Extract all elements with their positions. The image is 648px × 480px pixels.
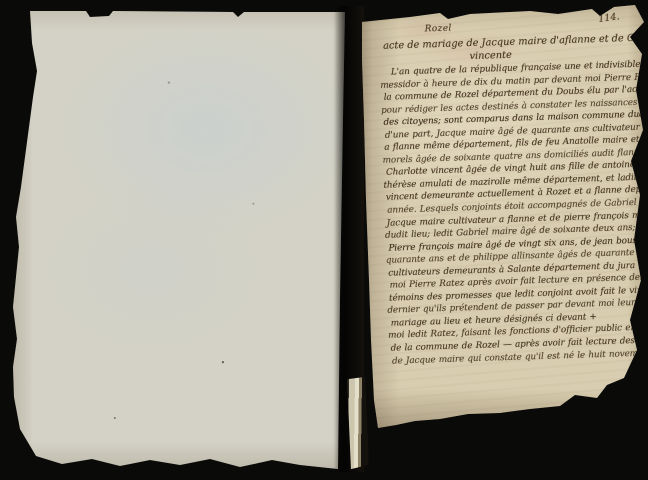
act-title-line-2: vincente [469, 50, 512, 62]
act-title-line-1: acte de mariage de Jacque maire d'aflann… [383, 32, 648, 52]
place-heading: Rozel [424, 24, 451, 35]
left-page [10, 8, 348, 474]
book-scan: 114. Rozel acte de mariage de Jacque mai… [0, 0, 648, 480]
manuscript-text: 114. Rozel acte de mariage de Jacque mai… [374, 2, 644, 10]
manuscript-body: L'an quatre de la république française u… [382, 58, 648, 367]
right-page: 114. Rozel acte de mariage de Jacque mai… [352, 4, 648, 432]
page-number: 114. [598, 11, 620, 25]
